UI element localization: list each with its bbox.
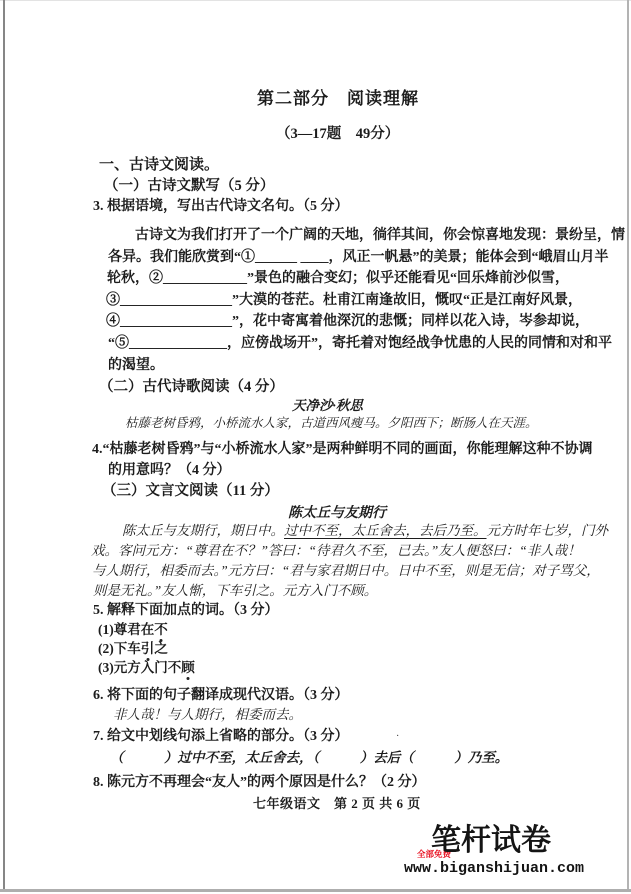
passage-line-3: 与人期行，相委而去。”元方曰：“君与家君期日中。日中不至，则是无信；对子骂父， [92, 563, 600, 580]
word-item-1: (1)尊君在不 [98, 622, 168, 639]
dictation-paragraph-line-5: ④________________”，花中寄寓着他深沉的悲慨；同样以花入诗，岑参… [106, 313, 589, 331]
word-item-1-pre: (1)尊君在 [98, 622, 154, 637]
question-4-line-2: 的用意吗？（4 分） [108, 462, 231, 480]
poem-text: 枯藤老树昏鸦，小桥流水人家，古道西风瘦马。夕阳西下；断肠人在天涯。 [125, 416, 538, 432]
word-item-3: (3)元方入门不顾 [98, 660, 195, 677]
question-6: 6. 将下面的句子翻译成现代汉语。（3 分） [93, 687, 349, 705]
passage-line-1: 陈太丘与友期行，期日中。过中不至，太丘舍去，去后乃至。元方时年七岁，门外 [122, 523, 608, 540]
word-item-2-dotted-char: 引 [141, 641, 155, 658]
dictation-paragraph-line-2: 各异。我们能欣赏到“①______ ____，风正一帆悬”的美景；能体会到“峨眉… [108, 249, 609, 267]
passage-line-1-post: 元方时年七岁，门外 [487, 523, 609, 538]
word-item-2: (2)下车引之 [98, 641, 168, 658]
poetry-heading: （二）古代诗歌阅读（4 分） [99, 378, 284, 396]
watermark-brand: 笔杆试卷 [431, 822, 551, 860]
passage-underlined-sentence: 过中不至，太丘舍去，去后乃至。 [284, 523, 487, 538]
part-subtitle: （3—17题 49分） [276, 125, 399, 143]
dictation-paragraph-line-7: 的渴望。 [108, 357, 164, 375]
question-4-line-1: 4.“枯藤老树昏鸦”与“小桥流水人家”是两种鲜明不同的画面，你能理解这种不协调 [92, 441, 593, 459]
question-8: 8. 陈元方不再理会“友人”的两个原因是什么？（2 分） [93, 774, 426, 792]
page-right-edge [627, 0, 629, 891]
dictation-paragraph-line-1: 古诗文为我们打开了一个广阔的天地，徜徉其间，你会惊喜地发现：景纷呈，情 [135, 227, 625, 245]
part-title: 第二部分 阅读理解 [257, 88, 419, 109]
poem-title: 天净沙·秋思 [292, 398, 363, 415]
translation-sentence: 非人哉！与人期行，相委而去。 [113, 707, 302, 724]
page-top-edge [0, 0, 631, 1]
page-left-edge [3, 0, 5, 891]
passage-line-1-pre: 陈太丘与友期行，期日中。 [122, 523, 284, 538]
dictation-paragraph-line-6: “⑤______________，应傍战场开”，寄托着对饱经战争忧患的人民的同情… [108, 335, 612, 353]
classical-heading: （三）文言文阅读（11 分） [102, 482, 279, 500]
word-item-3-dotted-char: 顾 [181, 660, 195, 677]
page-bottom-edge [0, 889, 631, 892]
dictation-paragraph-line-3: 轮秋，②____________”景色的融合变幻；似乎还能看见“回乐烽前沙似雪， [107, 270, 569, 288]
page-footer: 七年级语文 第 2 页 共 6 页 [253, 796, 421, 812]
scan-artifact-dot: · [396, 731, 399, 744]
dictation-heading: （一）古诗文默写（5 分） [104, 177, 274, 195]
word-item-1-dotted-char: 不 [154, 622, 168, 639]
dictation-paragraph-line-4: ③________________”大漠的苍茫。杜甫江南逢故旧，慨叹“正是江南好… [106, 292, 582, 310]
watermark-url: www.biganshijuan.com [404, 860, 584, 879]
exam-paper-page: 第二部分 阅读理解 （3—17题 49分） 一、古诗文阅读。 （一）古诗文默写（… [0, 0, 631, 894]
question-3: 3. 根据语境，写出古代诗文名句。（5 分） [93, 198, 349, 216]
passage-title: 陈太丘与友期行 [288, 505, 386, 523]
word-item-2-post: 之 [154, 641, 168, 656]
question-7-blanks-line: （ ）过中不至，太丘舍去，（ ）去后（ ）乃至。 [110, 750, 508, 767]
word-item-3-pre: (3)元方入门不 [98, 660, 181, 675]
passage-line-2: 戏。客问元方：“尊君在不？”答曰：“待君久不至，已去。”友人便怒曰：“非人哉！ [91, 543, 581, 560]
question-5: 5. 解释下面加点的词。（3 分） [93, 602, 279, 620]
passage-line-4: 则是无礼。”友人惭，下车引之。元方入门不顾。 [93, 583, 377, 600]
question-7: 7. 给文中划线句添上省略的部分。（3 分） [93, 728, 349, 746]
section-1-heading: 一、古诗文阅读。 [99, 156, 219, 175]
word-item-2-pre: (2)下车 [98, 641, 141, 656]
